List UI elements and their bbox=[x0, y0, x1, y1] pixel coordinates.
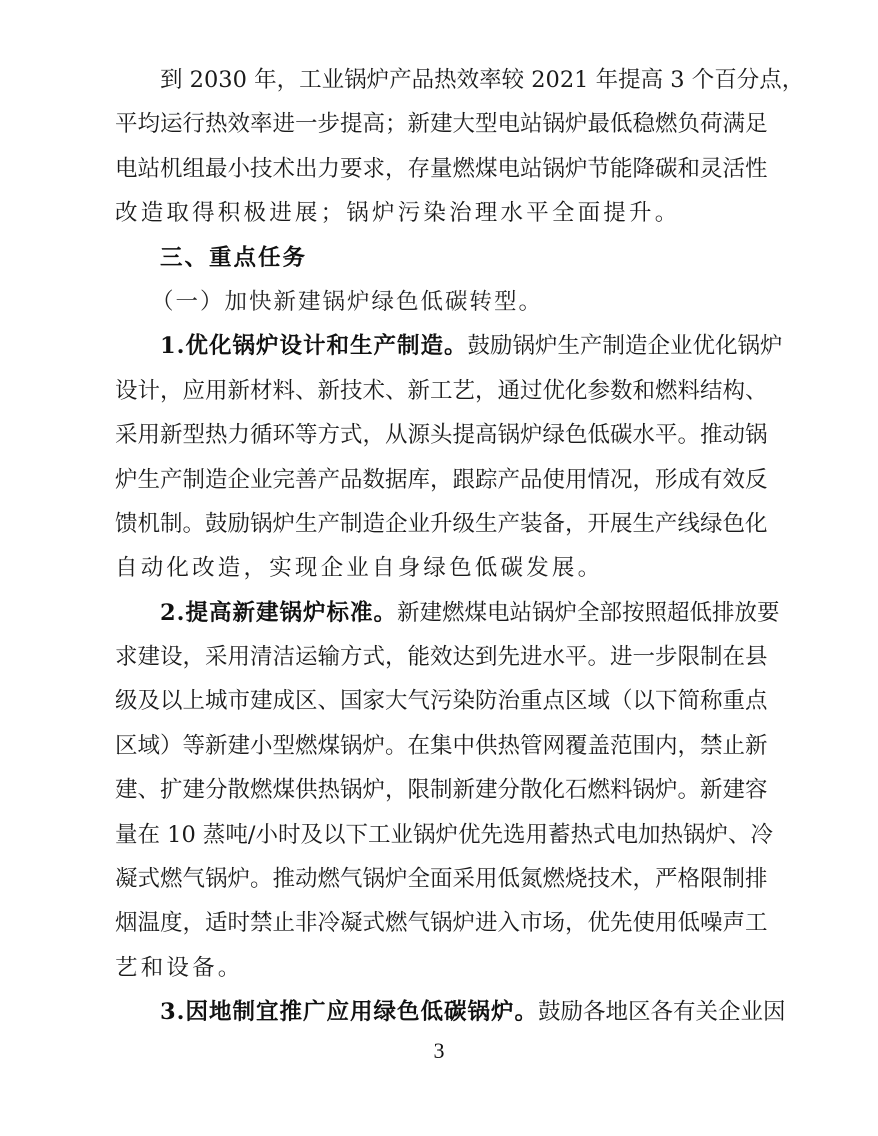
text-line: 到 2030 年，工业锅炉产品热效率较 2021 年提高 3 个百分点， bbox=[115, 58, 765, 102]
text-line: 区域）等新建小型燃煤锅炉。在集中供热管网覆盖范围内，禁止新 bbox=[115, 724, 765, 768]
text-line: 采用新型热力循环等方式，从源头提高锅炉绿色低碳水平。推动锅 bbox=[115, 413, 765, 457]
text-line: 自动化改造，实现企业自身绿色低碳发展。 bbox=[115, 546, 765, 590]
text-line: 级及以上城市建成区、国家大气污染防治重点区域（以下简称重点 bbox=[115, 679, 765, 723]
item-1-lead: 1.优化锅炉设计和生产制造。 bbox=[160, 333, 468, 359]
text-line: 3.因地制宜推广应用绿色低碳锅炉。鼓励各地区各有关企业因 bbox=[115, 990, 765, 1034]
text-line: 炉生产制造企业完善产品数据库，跟踪产品使用情况，形成有效反 bbox=[115, 458, 765, 502]
text-line: 电站机组最小技术出力要求，存量燃煤电站锅炉节能降碳和灵活性 bbox=[115, 147, 765, 191]
item-1-paragraph: 1.优化锅炉设计和生产制造。鼓励锅炉生产制造企业优化锅炉 设计，应用新材料、新技… bbox=[115, 324, 765, 590]
item-3-first-line: 鼓励各地区各有关企业因 bbox=[538, 999, 786, 1025]
text-line: 馈机制。鼓励锅炉生产制造企业升级生产装备，开展生产线绿色化 bbox=[115, 502, 765, 546]
subsection-heading: （一）加快新建锅炉绿色低碳转型。 bbox=[115, 280, 765, 324]
text-line: 艺和设备。 bbox=[115, 946, 765, 990]
text-line: 烟温度，适时禁止非冷凝式燃气锅炉进入市场，优先使用低噪声工 bbox=[115, 901, 765, 945]
text-line: 建、扩建分散燃煤供热锅炉，限制新建分散化石燃料锅炉。新建容 bbox=[115, 768, 765, 812]
text-line: 量在 10 蒸吨/小时及以下工业锅炉优先选用蓄热式电加热锅炉、冷 bbox=[115, 813, 765, 857]
document-page: 到 2030 年，工业锅炉产品热效率较 2021 年提高 3 个百分点， 平均运… bbox=[115, 58, 765, 1035]
text-line: 设计，应用新材料、新技术、新工艺，通过优化参数和燃料结构、 bbox=[115, 369, 765, 413]
text-line: 凝式燃气锅炉。推动燃气锅炉全面采用低氮燃烧技术，严格限制排 bbox=[115, 857, 765, 901]
item-2-paragraph: 2.提高新建锅炉标准。新建燃煤电站锅炉全部按照超低排放要 求建设，采用清洁运输方… bbox=[115, 591, 765, 991]
page-number: 3 bbox=[0, 1038, 878, 1064]
item-2-lead: 2.提高新建锅炉标准。 bbox=[160, 600, 397, 626]
item-3-lead: 3.因地制宜推广应用绿色低碳锅炉。 bbox=[160, 999, 538, 1025]
text-line: 1.优化锅炉设计和生产制造。鼓励锅炉生产制造企业优化锅炉 bbox=[115, 324, 765, 368]
text-line: 求建设，采用清洁运输方式，能效达到先进水平。进一步限制在县 bbox=[115, 635, 765, 679]
text-line: 2.提高新建锅炉标准。新建燃煤电站锅炉全部按照超低排放要 bbox=[115, 591, 765, 635]
section-heading: 三、重点任务 bbox=[115, 236, 765, 280]
item-2-first-line: 新建燃煤电站锅炉全部按照超低排放要 bbox=[397, 600, 780, 626]
goal-paragraph: 到 2030 年，工业锅炉产品热效率较 2021 年提高 3 个百分点， 平均运… bbox=[115, 58, 765, 236]
text-line: 平均运行热效率进一步提高；新建大型电站锅炉最低稳燃负荷满足 bbox=[115, 102, 765, 146]
text-line: 改造取得积极进展；锅炉污染治理水平全面提升。 bbox=[115, 191, 765, 235]
item-1-first-line: 鼓励锅炉生产制造企业优化锅炉 bbox=[468, 333, 783, 359]
item-3-paragraph: 3.因地制宜推广应用绿色低碳锅炉。鼓励各地区各有关企业因 bbox=[115, 990, 765, 1034]
